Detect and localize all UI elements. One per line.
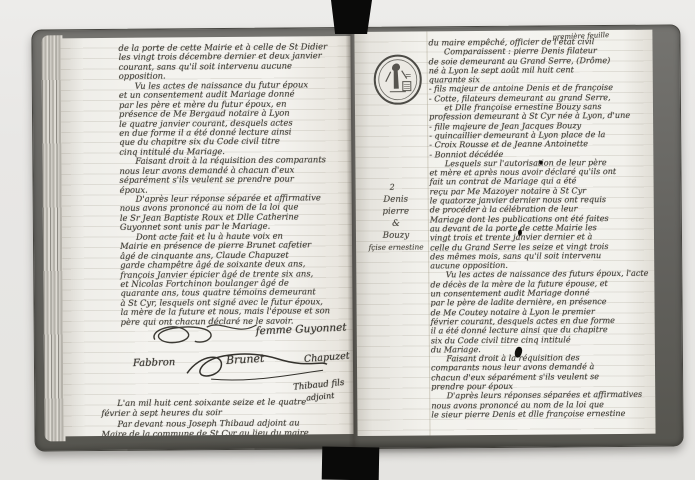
- act-margin-note: 2 Denis pierre & Bouzy fçise ernestine: [364, 181, 429, 254]
- left-page-text: de la porte de cette Mairie et à celle d…: [118, 42, 350, 327]
- bride-surname: Bouzy: [364, 229, 428, 242]
- bride-firstname: fçise ernestine: [364, 241, 428, 254]
- mounting-clamp-top: [331, 0, 372, 34]
- signature-witness-2: Brunet: [226, 352, 265, 367]
- manuscript-line: le sieur pierre Denis et dlle françoise …: [431, 409, 655, 420]
- conjunction: &: [364, 217, 428, 230]
- scanned-register-photo: de la porte de cette Mairie et à celle d…: [0, 0, 695, 480]
- left-page: de la porte de cette Mairie et à celle d…: [60, 36, 353, 436]
- right-page-text: du maire empêché, officier de l'état civ…: [428, 37, 655, 420]
- groom-surname: Denis: [364, 193, 428, 206]
- mounting-clamp-bottom: [322, 447, 380, 480]
- groom-firstname: pierre: [364, 205, 428, 218]
- ink-blot: [539, 161, 542, 165]
- signature-flourish-icon: [147, 319, 267, 350]
- signature-witness-3: Chapuzet: [304, 350, 350, 365]
- register-book: de la porte de cette Mairie et à celle d…: [31, 24, 683, 451]
- signature-witness-1: Fabbron: [133, 357, 176, 369]
- left-page-closing-text: L'an mil huit cent soixante seize et le …: [101, 396, 351, 436]
- revenue-stamp-icon: [373, 53, 423, 105]
- manuscript-line: Maire de la commune de St Cyr au lieu du…: [101, 427, 351, 436]
- act-number: 2: [364, 181, 428, 194]
- signature-bride-mother: femme Guyonnet: [256, 322, 347, 338]
